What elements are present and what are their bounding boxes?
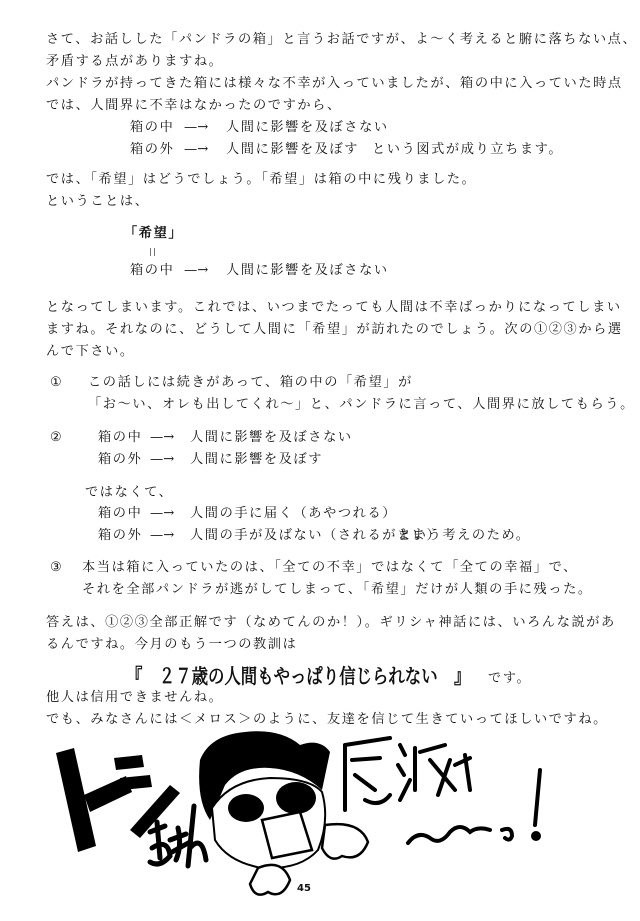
paragraph3-line3: んで下さい。 — [46, 343, 135, 361]
arrow-icon: —→ — [184, 141, 208, 159]
formula1-left: 箱の外 — [130, 141, 174, 159]
hand-left — [250, 865, 290, 895]
formula1-right: 人間に影響を及ぼす — [226, 141, 359, 159]
option-marker: ② — [50, 429, 63, 447]
hand-right — [322, 824, 368, 859]
option2-suffix: という考えのため。 — [398, 527, 531, 545]
option2-row4-left: 箱の外 — [98, 527, 142, 545]
formula2-right: 人間に影響を及ぼさない — [226, 262, 389, 280]
sunglasses-left — [228, 794, 264, 822]
shout-kangeki-glyph — [345, 738, 470, 810]
formula1-left: 箱の中 — [130, 119, 174, 137]
paragraph3-line1: となってしまいます。これでは、いつまでたっても人間は不幸ばっかりになってしまい — [46, 299, 622, 317]
formula1-right: 人間に影響を及ぼさない — [226, 119, 389, 137]
option2-row1-left: 箱の中 — [98, 429, 142, 447]
paragraph1-line1: さて、お話しした「パンドラの箱」と言うお話ですが、よ〜く考えると腑に落ちない点、 — [46, 31, 637, 49]
paragraph1-line3: パンドラが持ってきた箱には様々な不幸が入っていましたが、箱の中に入っていた時点 — [46, 75, 623, 93]
formula2-left: 箱の中 — [130, 262, 174, 280]
arrow-icon: —→ — [150, 527, 174, 545]
sunglasses-right — [276, 782, 316, 814]
option2-row3-left: 箱の中 — [98, 505, 142, 523]
option-marker: ① — [50, 374, 63, 392]
option2-row3-right: 人間の手に届く（あやつれる） — [190, 505, 397, 523]
hope-label: 「希望」 — [124, 225, 183, 243]
arrow-icon: —→ — [184, 262, 208, 280]
lesson-suffix: です。 — [488, 670, 531, 688]
option2-row2-right: 人間に影響を及ぼす — [190, 451, 323, 469]
option1-line1: この話しには続きがあって、箱の中の「希望」が — [88, 374, 413, 392]
option2-connector: ではなくて、 — [85, 484, 173, 502]
option3-line1: 本当は箱に入っていたのは、「全ての不幸」ではなくて「全ての幸福」で、 — [82, 559, 578, 577]
answer-line1: 答えは、①②③全部正解です（なめてんのか！）。ギリシャ神話には、いろんな説があ — [46, 614, 616, 632]
option3-line2: それを全部パンドラが逃がしてしまって、「希望」だけが人類の手に残った。 — [82, 581, 593, 599]
page-number: 45 — [297, 883, 311, 894]
paragraph1-line2: 矛盾する点がありますね。 — [46, 53, 223, 71]
answer-line3: 他人は信用できませんね。 — [46, 689, 223, 707]
equals-icon — [150, 248, 155, 256]
shout-tail-glyph — [408, 770, 540, 843]
shout-shi-glyph — [114, 755, 180, 838]
answer-line2: るんですね。今月のもう一つの教訓は — [46, 636, 297, 654]
option-marker: ③ — [50, 559, 63, 577]
paragraph1-line4: では、人間界に不幸はなかったのですから、 — [46, 97, 342, 115]
arrow-icon: —→ — [150, 451, 174, 469]
arrow-icon: —→ — [150, 505, 174, 523]
paragraph2-line1: では、「希望」はどうでしょう。「希望」は箱の中に残りました。 — [46, 171, 476, 189]
paragraph3-line2: ますね。それなのに、どうして人間に「希望」が訪れたのでしょう。次の①②③から選 — [46, 321, 623, 339]
option1-line2: 「お〜い、オレも出してくれ〜」と、パンドラに言って、人間界に放してもらう。 — [88, 396, 635, 414]
arrow-icon: —→ — [184, 119, 208, 137]
option2-row2-left: 箱の外 — [98, 451, 142, 469]
option2-row1-right: 人間に影響を及ぼさない — [190, 429, 353, 447]
cartoon-illustration — [0, 715, 640, 921]
lesson-headline: 『 ２７歳の人間もやっぱり信じられない 』 — [126, 660, 470, 689]
paragraph2-line2: ということは、 — [46, 193, 150, 211]
arrow-icon: —→ — [150, 429, 174, 447]
formula1-suffix: という図式が成り立ちます。 — [372, 141, 563, 159]
